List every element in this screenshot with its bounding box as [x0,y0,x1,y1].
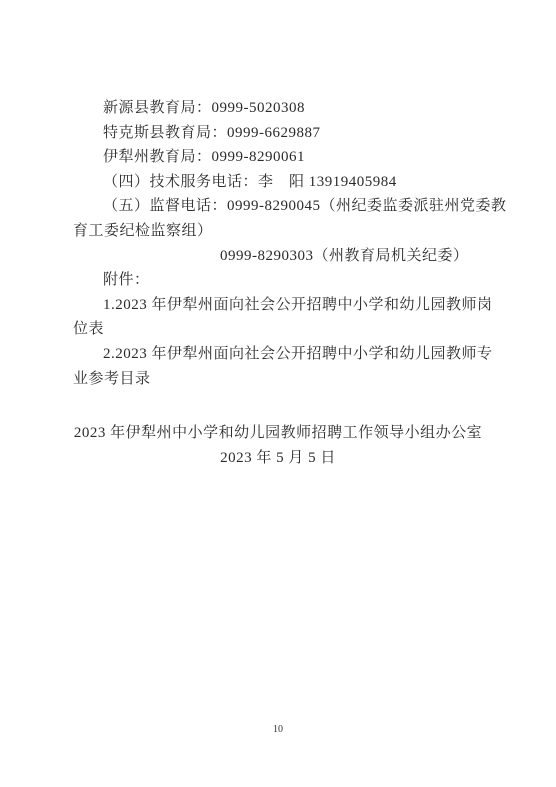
page-footer: 10 [0,724,556,735]
supervision-phone-line-1b: 育工委纪检监察组） [73,219,506,244]
document-body: 新源县教育局：0999-5020308 特克斯县教育局：0999-6629887… [73,96,506,391]
attachments-label: 附件： [73,268,506,293]
tech-service-phone-line: （四）技术服务电话：李 阳 13919405984 [73,170,506,195]
attachment-1-line-1: 1.2023 年伊犁州面向社会公开招聘中小学和幼儿园教师岗 [73,293,506,318]
page-number: 10 [273,724,283,735]
signature-office: 2023 年伊犁州中小学和幼儿园教师招聘工作领导小组办公室 [0,421,556,446]
attachment-1-line-2: 位表 [73,317,506,342]
signature-block: 2023 年伊犁州中小学和幼儿园教师招聘工作领导小组办公室 2023 年 5 月… [0,421,556,471]
signature-date: 2023 年 5 月 5 日 [0,446,556,471]
contact-line-yili: 伊犁州教育局：0999-8290061 [73,145,506,170]
supervision-phone-line-2: 0999-8290303（州教育局机关纪委） [73,244,506,269]
attachment-2-line-1: 2.2023 年伊犁州面向社会公开招聘中小学和幼儿园教师专 [73,342,506,367]
document-page: 新源县教育局：0999-5020308 特克斯县教育局：0999-6629887… [0,0,556,787]
attachment-2-line-2: 业参考目录 [73,367,506,392]
supervision-phone-line-1: （五）监督电话：0999-8290045（州纪委监委派驻州党委教 [73,194,506,219]
contact-line-tekesi: 特克斯县教育局：0999-6629887 [73,121,506,146]
contact-line-xinyuan: 新源县教育局：0999-5020308 [73,96,506,121]
